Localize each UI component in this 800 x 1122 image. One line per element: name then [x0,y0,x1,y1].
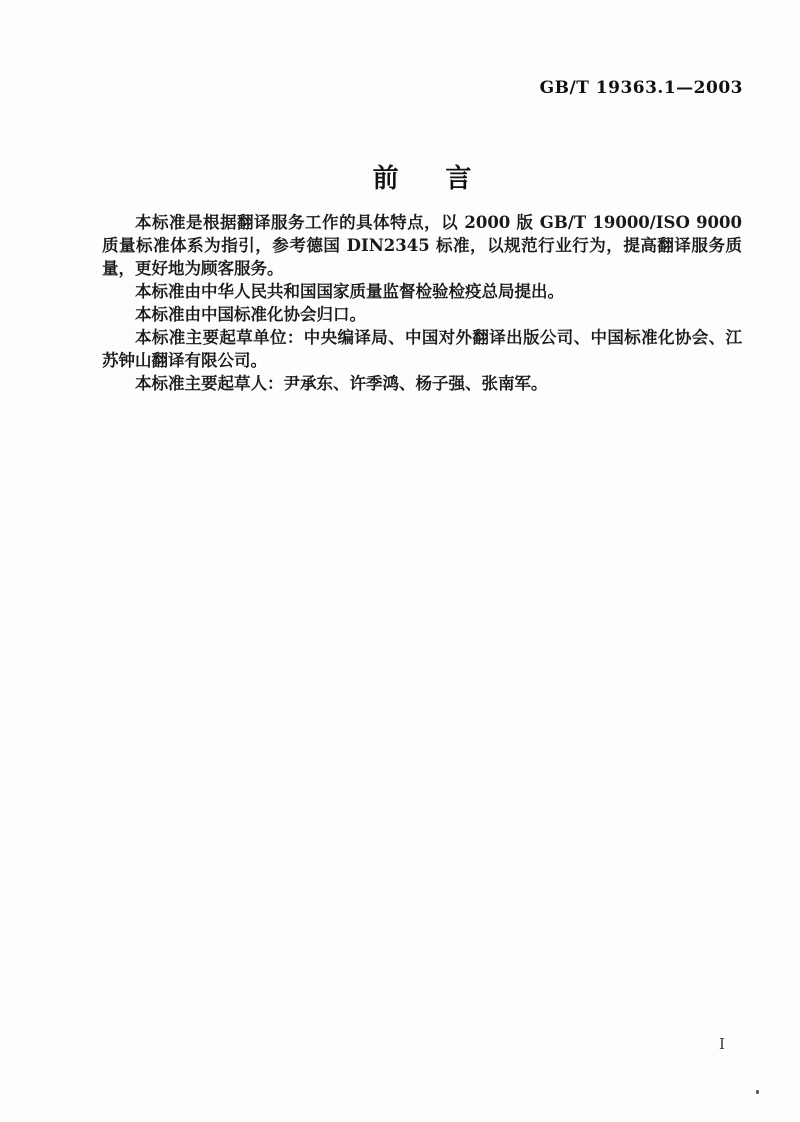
foreword-paragraph: 本标准主要起草人：尹承东、许季鸿、杨子强、张南军。 [102,372,742,395]
foreword-paragraph: 本标准由中华人民共和国国家质量监督检验检疫总局提出。 [102,280,742,303]
scan-artifact-dot [756,1090,759,1094]
foreword-paragraph: 本标准是根据翻译服务工作的具体特点，以 2000 版 GB/T 19000/IS… [102,211,742,280]
document-page: GB/T 19363.1—2003 前言 本标准是根据翻译服务工作的具体特点，以… [0,0,800,1122]
foreword-paragraph: 本标准主要起草单位：中央编译局、中国对外翻译出版公司、中国标准化协会、江苏钟山翻… [102,326,742,372]
page-number: I [719,1035,725,1053]
page-title: 前言 [102,158,742,195]
standard-code-header: GB/T 19363.1—2003 [540,78,743,98]
foreword-paragraph: 本标准由中国标准化协会归口。 [102,303,742,326]
foreword-body: 本标准是根据翻译服务工作的具体特点，以 2000 版 GB/T 19000/IS… [102,211,742,395]
